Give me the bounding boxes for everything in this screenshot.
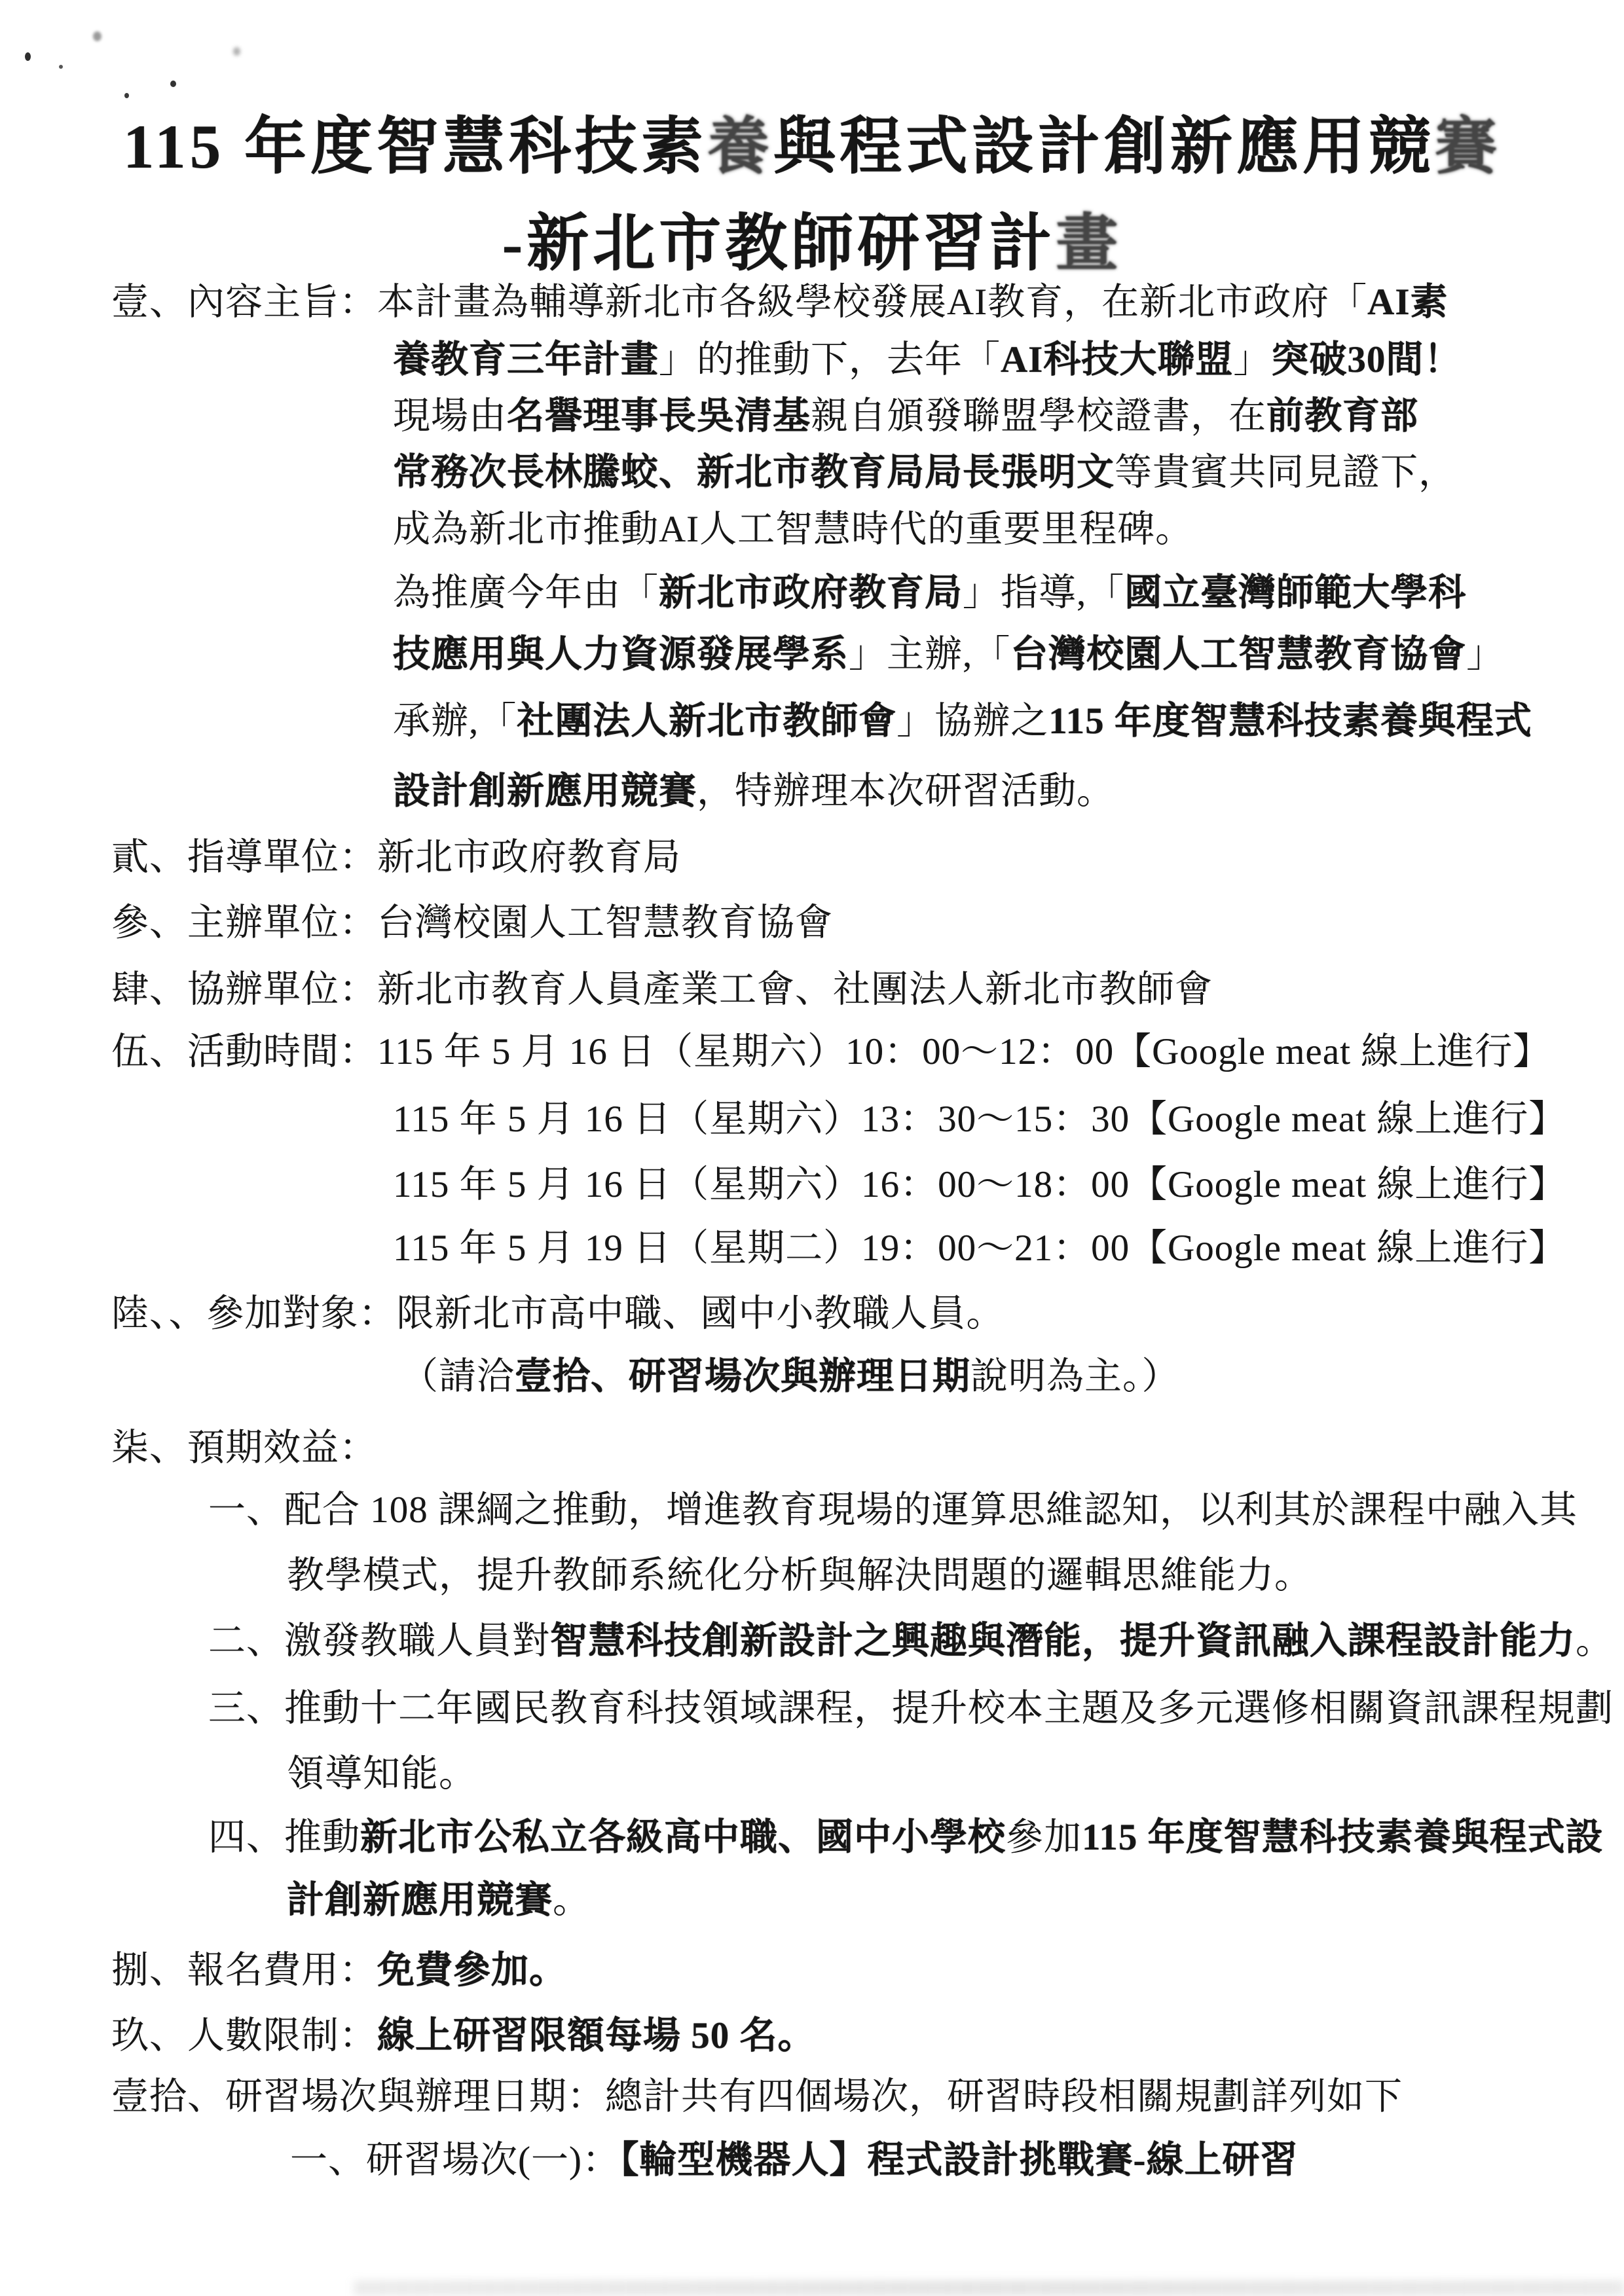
sec5-schedule-line-1: 伍、活動時間：115 年 5 月 16 日（星期六）10：00～12：00【Go… — [111, 1031, 1551, 1073]
scanned-document-page: 115 年度智慧科技素養與程式設計創新應用競賽 -新北市教師研習計畫 壹、內容主… — [0, 0, 1624, 2296]
benefit-item-2-line: 二、激發教職人員對智慧科技創新設計之興趣與潛能，提升資訊融入課程設計能力。 — [208, 1620, 1614, 1662]
sec10-sessions-heading: 壹拾、研習場次與辦理日期：總計共有四個場次，研習時段相關規劃詳列如下 — [111, 2076, 1403, 2118]
sec6-participants-note: （請洽壹拾、研習場次與辦理日期說明為主。） — [401, 1356, 1180, 1398]
sec6-participants-line: 陸、、參加對象：限新北市高中職、國中小教職人員。 — [111, 1293, 1005, 1335]
sec5-schedule-line-2: 115 年 5 月 16 日（星期六）13：30～15：30【Google me… — [393, 1099, 1566, 1140]
sec1-purpose-line-5: 成為新北市推動AI人工智慧時代的重要里程碑。 — [393, 509, 1193, 551]
scan-smudge — [354, 2280, 1624, 2296]
sec1-purpose-line-3: 現場由名譽理事長吳清基親自頒發聯盟學校證書，在前教育部 — [393, 395, 1418, 437]
session-1-title-line: 一、研習場次(一)：【輪型機器人】程式設計挑戰賽-線上研習 — [290, 2140, 1298, 2181]
scan-speckle — [59, 65, 63, 69]
sec1-purpose-line-2: 養教育三年計畫」的推動下，去年「AI科技大聯盟」突破30間！ — [393, 339, 1462, 381]
sec9-capacity-line: 玖、人數限制：線上研習限額每場 50 名。 — [111, 2015, 816, 2057]
scan-speckle — [25, 52, 31, 61]
benefit-item-3-line-2: 領導知能。 — [287, 1753, 477, 1795]
benefit-item-1-line-2: 教學模式，提升教師系統化分析與解決問題的邏輯思維能力。 — [287, 1555, 1312, 1597]
scan-speckle — [170, 81, 176, 87]
benefit-item-4-line-2: 計創新應用競賽。 — [287, 1880, 591, 1922]
sec2-advisor-line: 貳、指導單位：新北市政府教育局 — [111, 837, 681, 879]
benefit-item-1-line-1: 一、配合 108 課綱之推動，增進教育現場的運算思維認知，以利其於課程中融入其 — [208, 1489, 1578, 1531]
doc-title-line-2: -新北市教師研習計畫 — [0, 194, 1624, 283]
sec1-purpose-line-8: 承辦,「社團法人新北市教師會」協辦之115 年度智慧科技素養與程式 — [393, 701, 1532, 742]
benefit-item-4-line-1: 四、推動新北市公私立各級高中職、國中小學校參加115 年度智慧科技素養與程式設 — [208, 1817, 1604, 1859]
sec3-organizer-line: 參、主辦單位：台灣校園人工智慧教育協會 — [111, 902, 833, 944]
scan-speckle — [93, 31, 101, 41]
doc-title-line-1: 115 年度智慧科技素養與程式設計創新應用競賽 — [0, 97, 1624, 186]
scan-speckle — [233, 47, 240, 56]
sec1-purpose-line-1: 壹、內容主旨：本計畫為輔導新北市各級學校發展AI教育，在新北市政府「AI素 — [111, 282, 1449, 323]
sec8-fee-line: 捌、報名費用：免費參加。 — [111, 1950, 567, 1992]
sec5-schedule-line-3: 115 年 5 月 16 日（星期六）16：00～18：00【Google me… — [393, 1164, 1566, 1206]
sec1-purpose-line-9: 設計創新應用競賽，特辦理本次研習活動。 — [393, 771, 1115, 812]
sec1-purpose-line-7: 技應用與人力資源發展學系」主辦,「台灣校園人工智慧教育協會」 — [393, 634, 1504, 676]
sec5-schedule-line-4: 115 年 5 月 19 日（星期二）19：00～21：00【Google me… — [393, 1228, 1566, 1269]
sec1-purpose-line-4: 常務次長林騰蛟、新北市教育局局長張明文等貴賓共同見證下， — [393, 452, 1456, 494]
sec4-coorganizer-line: 肆、協辦單位：新北市教育人員產業工會、社團法人新北市教師會 — [111, 969, 1213, 1011]
sec7-benefits-heading: 柒、預期效益： — [111, 1427, 377, 1469]
benefit-item-3-line-1: 三、推動十二年國民教育科技領域課程，提升校本主題及多元選修相關資訊課程規劃 — [208, 1688, 1614, 1730]
sec1-purpose-line-6: 為推廣今年由「新北市政府教育局」指導,「國立臺灣師範大學科 — [393, 572, 1466, 614]
